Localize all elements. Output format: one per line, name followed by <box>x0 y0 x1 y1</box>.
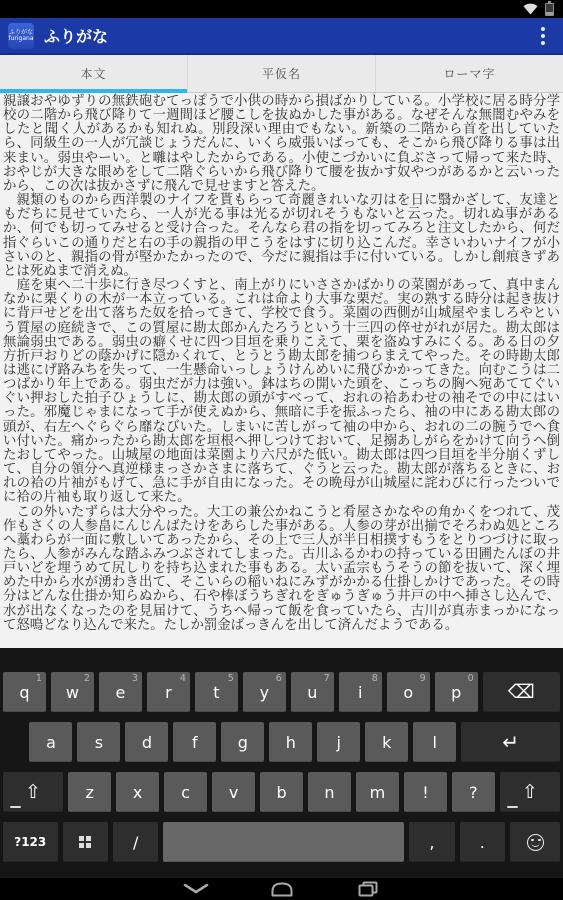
key-label: m <box>370 783 386 802</box>
key-label: t <box>213 683 219 702</box>
key-f[interactable]: f <box>173 722 216 762</box>
navigation-bar <box>0 878 563 900</box>
key-l[interactable]: l <box>413 722 456 762</box>
symbols-key[interactable]: ?123 <box>3 822 58 862</box>
key-hint: 6 <box>276 673 282 684</box>
key-label: e <box>116 683 126 702</box>
home-icon <box>270 882 294 897</box>
key-o[interactable]: o9 <box>387 672 430 712</box>
key-label: z <box>85 783 93 802</box>
key-label: r <box>165 683 172 702</box>
key-label: ? <box>469 783 478 802</box>
key-hint: 4 <box>180 673 186 684</box>
paragraph: 親譲おやゆずりの無鉄砲むてっぽうで小供の時から損ばかりしている。小学校に居る時分… <box>3 95 560 194</box>
tab-hiragana[interactable]: 平仮名 <box>187 55 375 92</box>
space-key[interactable] <box>163 822 404 862</box>
tab-label: 本文 <box>80 65 106 82</box>
key-label: y <box>260 683 269 702</box>
shift-icon: ⇧ <box>25 783 41 802</box>
shift-right-key[interactable]: ⇧ <box>500 772 560 812</box>
battery-icon <box>545 3 554 16</box>
key-hint: 2 <box>84 673 90 684</box>
tab-label: ローマ字 <box>443 65 495 82</box>
key-d[interactable]: d <box>125 722 168 762</box>
key-label: , <box>429 833 434 852</box>
key-n[interactable]: n <box>308 772 351 812</box>
input-options-key[interactable] <box>63 822 108 862</box>
key-q[interactable]: q1 <box>3 672 46 712</box>
backspace-key[interactable]: ⌫ <box>483 672 560 712</box>
tab-honbun[interactable]: 本文 <box>0 55 187 92</box>
key-x[interactable]: x <box>116 772 159 812</box>
key-s[interactable]: s <box>77 722 120 762</box>
backspace-icon: ⌫ <box>508 681 535 703</box>
paragraph: この外いたずらは大分やった。大工の兼公かねこうと肴屋さかなやの角かくをつれて、茂… <box>3 506 560 633</box>
key-label: / <box>133 833 138 852</box>
enter-key[interactable]: ↵ <box>461 722 560 762</box>
app-bar: ふりがな furigana ふりがな <box>0 18 563 55</box>
shift-icon: ⇧ <box>522 783 538 802</box>
key-r[interactable]: r4 <box>147 672 190 712</box>
key-label: d <box>142 733 152 752</box>
key-u[interactable]: u7 <box>291 672 334 712</box>
tab-bar: 本文 平仮名 ローマ字 <box>0 55 563 93</box>
key-e[interactable]: e3 <box>99 672 142 712</box>
key-label: i <box>358 683 362 702</box>
paragraph: 親類のものから西洋製のナイフを貰もらって奇麗きれいな刃はを日に翳かざして、友達と… <box>3 194 560 279</box>
app-icon: ふりがな furigana <box>8 23 34 49</box>
key-label: c <box>181 783 190 802</box>
key-h[interactable]: h <box>269 722 312 762</box>
enter-icon: ↵ <box>502 730 519 754</box>
key-label: j <box>337 733 341 752</box>
overflow-menu-button[interactable] <box>531 23 555 49</box>
key-k[interactable]: k <box>365 722 408 762</box>
key-i[interactable]: i8 <box>339 672 382 712</box>
paragraph: 庭を東へ二十歩に行き尽つくすと、南上がりにいささかばかりの菜園があって、真中まん… <box>3 279 560 506</box>
key-label: b <box>276 783 286 802</box>
key-hint: 0 <box>468 673 474 684</box>
key-c[interactable]: c <box>164 772 207 812</box>
key-label: o <box>403 683 413 702</box>
key-label: g <box>238 733 248 752</box>
key-hint: 5 <box>228 673 234 684</box>
key-label: k <box>382 733 391 752</box>
key-label: u <box>307 683 317 702</box>
status-bar <box>0 0 563 18</box>
key-t[interactable]: t5 <box>195 672 238 712</box>
key-hint: 9 <box>420 673 426 684</box>
key-label: . <box>480 833 485 852</box>
app-icon-subtext: furigana <box>8 36 33 42</box>
key-label: x <box>133 783 142 802</box>
smiley-icon <box>527 834 544 851</box>
key-label: w <box>66 683 79 702</box>
key-label: l <box>432 733 436 752</box>
key-y[interactable]: y6 <box>243 672 286 712</box>
app-title: ふりがな <box>44 24 108 47</box>
comma-key[interactable]: , <box>409 822 454 862</box>
key-?[interactable]: ? <box>452 772 495 812</box>
key-label: p <box>451 683 461 702</box>
key-b[interactable]: b <box>260 772 303 812</box>
key-hint: 8 <box>372 673 378 684</box>
key-hint: 3 <box>132 673 138 684</box>
key-w[interactable]: w2 <box>51 672 94 712</box>
key-j[interactable]: j <box>317 722 360 762</box>
emoji-key[interactable] <box>510 822 560 862</box>
key-a[interactable]: a <box>29 722 72 762</box>
back-chevron-icon <box>183 884 209 894</box>
screen: ふりがな furigana ふりがな 本文 平仮名 ローマ字 親譲おやゆずりの無… <box>0 0 563 900</box>
wifi-icon <box>523 3 538 15</box>
key-![interactable]: ! <box>404 772 447 812</box>
key-label: v <box>229 783 238 802</box>
keyboard: q1w2e3r4t5y6u7i8o9p0⌫asdfghjkl↵⇧zxcvbnm!… <box>0 648 563 878</box>
shift-left-key[interactable]: ⇧ <box>3 772 63 812</box>
key-label: n <box>324 783 334 802</box>
recents-icon <box>357 881 379 897</box>
grid-icon <box>79 836 84 841</box>
back-button[interactable] <box>181 880 211 898</box>
key-label: ! <box>422 783 428 802</box>
key-label: s <box>95 733 103 752</box>
key-label: q <box>19 683 29 702</box>
vertical-ellipsis-icon <box>541 34 545 38</box>
key-v[interactable]: v <box>212 772 255 812</box>
key-label: ?123 <box>14 835 46 849</box>
key-g[interactable]: g <box>221 722 264 762</box>
key-label: f <box>192 733 198 752</box>
key-hint: 7 <box>324 673 330 684</box>
key-label: h <box>286 733 296 752</box>
recents-button[interactable] <box>353 880 383 898</box>
text-content[interactable]: 親譲おやゆずりの無鉄砲むてっぽうで小供の時から損ばかりしている。小学校に居る時分… <box>0 93 563 648</box>
home-button[interactable] <box>267 880 297 898</box>
key-z[interactable]: z <box>68 772 111 812</box>
key-m[interactable]: m <box>356 772 399 812</box>
slash-key[interactable]: / <box>113 822 158 862</box>
key-label: a <box>46 733 56 752</box>
period-key[interactable]: . <box>460 822 505 862</box>
tab-romaji[interactable]: ローマ字 <box>375 55 563 92</box>
tab-label: 平仮名 <box>262 65 301 82</box>
key-p[interactable]: p0 <box>435 672 478 712</box>
key-hint: 1 <box>36 673 42 684</box>
